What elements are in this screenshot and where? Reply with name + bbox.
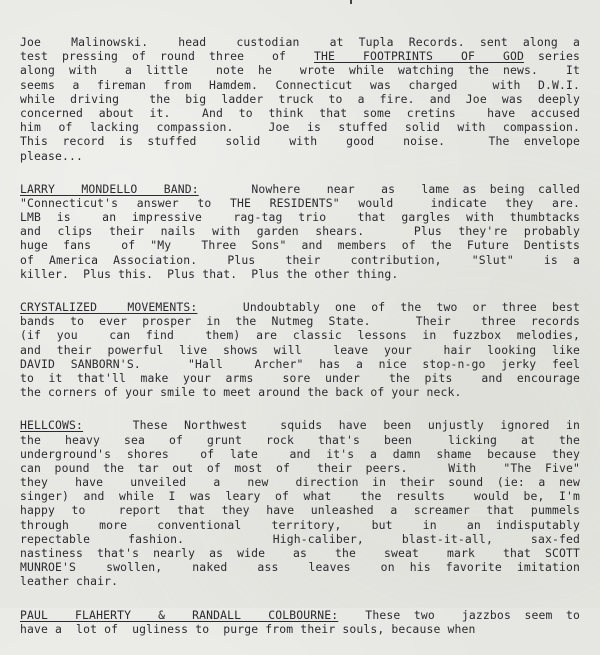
text-line: seems a fireman from Hamdem. Connecticut… [20,78,580,92]
text-line: concerned about it. And to think that so… [20,106,580,120]
text-line: they have unveiled a new direction in th… [20,475,580,489]
text-line: DAVID SANBORN'S. "Hall Archer" has a nic… [20,357,580,371]
text-line: to it that'll make your arms sore under … [20,371,580,385]
text-line: bands to ever prosper in the Nutmeg Stat… [20,314,580,328]
text-line: singer) and while I was leary of what th… [20,489,580,503]
text-line: repectable fashion. High-caliber, blast-… [20,532,580,546]
text-line: MUNROE'S swollen, naked ass leaves on hi… [20,560,580,574]
band-heading: LARRY MONDELLO BAND: [20,182,199,196]
text-line: and clips their nails with garden shears… [20,224,580,238]
text-line: the corners of your smile to meet around… [20,385,580,399]
text-line: of America Association. Plus their contr… [20,253,580,267]
series-title: THE FOOTPRINTS OF GOD [314,49,524,63]
review-paragraph: CRYSTALIZED MOVEMENTS: Undoubtably one o… [20,300,580,399]
text-line: "Connecticut's answer to THE RESIDENTS" … [20,196,580,210]
text-line: underground's shores of late and it's a … [20,447,580,461]
text-line: CRYSTALIZED MOVEMENTS: Undoubtably one o… [20,300,580,314]
text-line: nastiness that's nearly as wide as the s… [20,546,580,560]
top-edge-mark [350,0,352,4]
text-line: can pound the tar out of most of their p… [20,461,580,475]
review-paragraph: HELLCOWS: These Northwest squids have be… [20,418,580,588]
text-line: This record is stuffed solid with good n… [20,134,580,148]
text-line: LARRY MONDELLO BAND: Nowhere near as lam… [20,182,580,196]
text-line: and their powerful live shows will leave… [20,343,580,357]
intro-paragraph: Joe Malinowski. head custodian at Tupla … [20,35,580,163]
text-line: please... [20,149,580,163]
band-heading: HELLCOWS: [20,418,83,432]
text-line: through more conventional territory, but… [20,518,580,532]
text-line: HELLCOWS: These Northwest squids have be… [20,418,580,432]
text-line: killer. Plus this. Plus that. Plus the o… [20,267,580,281]
text-line: along with a little note he wrote while … [20,63,580,77]
text-line: the heavy sea of grunt rock that's been … [20,433,580,447]
text-line: huge fans of "My Three Sons" and members… [20,238,580,252]
text-line: while driving the big ladder truck to a … [20,92,580,106]
text-line: (if you can find them) are classic lesso… [20,328,580,342]
band-heading: CRYSTALIZED MOVEMENTS: [20,300,197,314]
document-page: Joe Malinowski. head custodian at Tupla … [20,35,580,608]
review-paragraph: LARRY MONDELLO BAND: Nowhere near as lam… [20,182,580,281]
text-line: happy to report that they have unleashed… [20,503,580,517]
text-line: leather chair. [20,574,580,588]
text-line: Joe Malinowski. head custodian at Tupla … [20,35,580,49]
text-line: LMB is an impressive rag-tag trio that g… [20,210,580,224]
text-line: test pressing of round three of THE FOOT… [20,49,580,63]
text-line: him of lacking compassion. Joe is stuffe… [20,120,580,134]
